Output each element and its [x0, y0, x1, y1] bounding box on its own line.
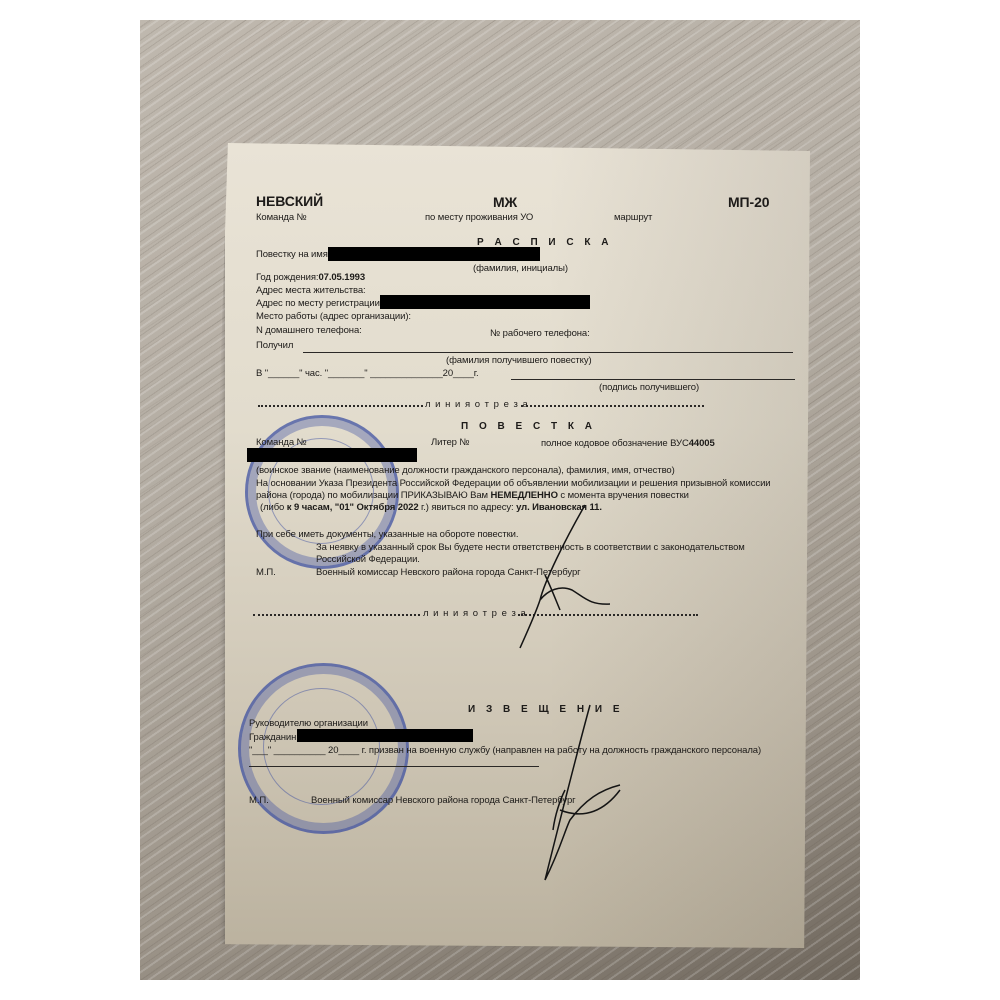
commissar-signatures — [0, 0, 1000, 1000]
